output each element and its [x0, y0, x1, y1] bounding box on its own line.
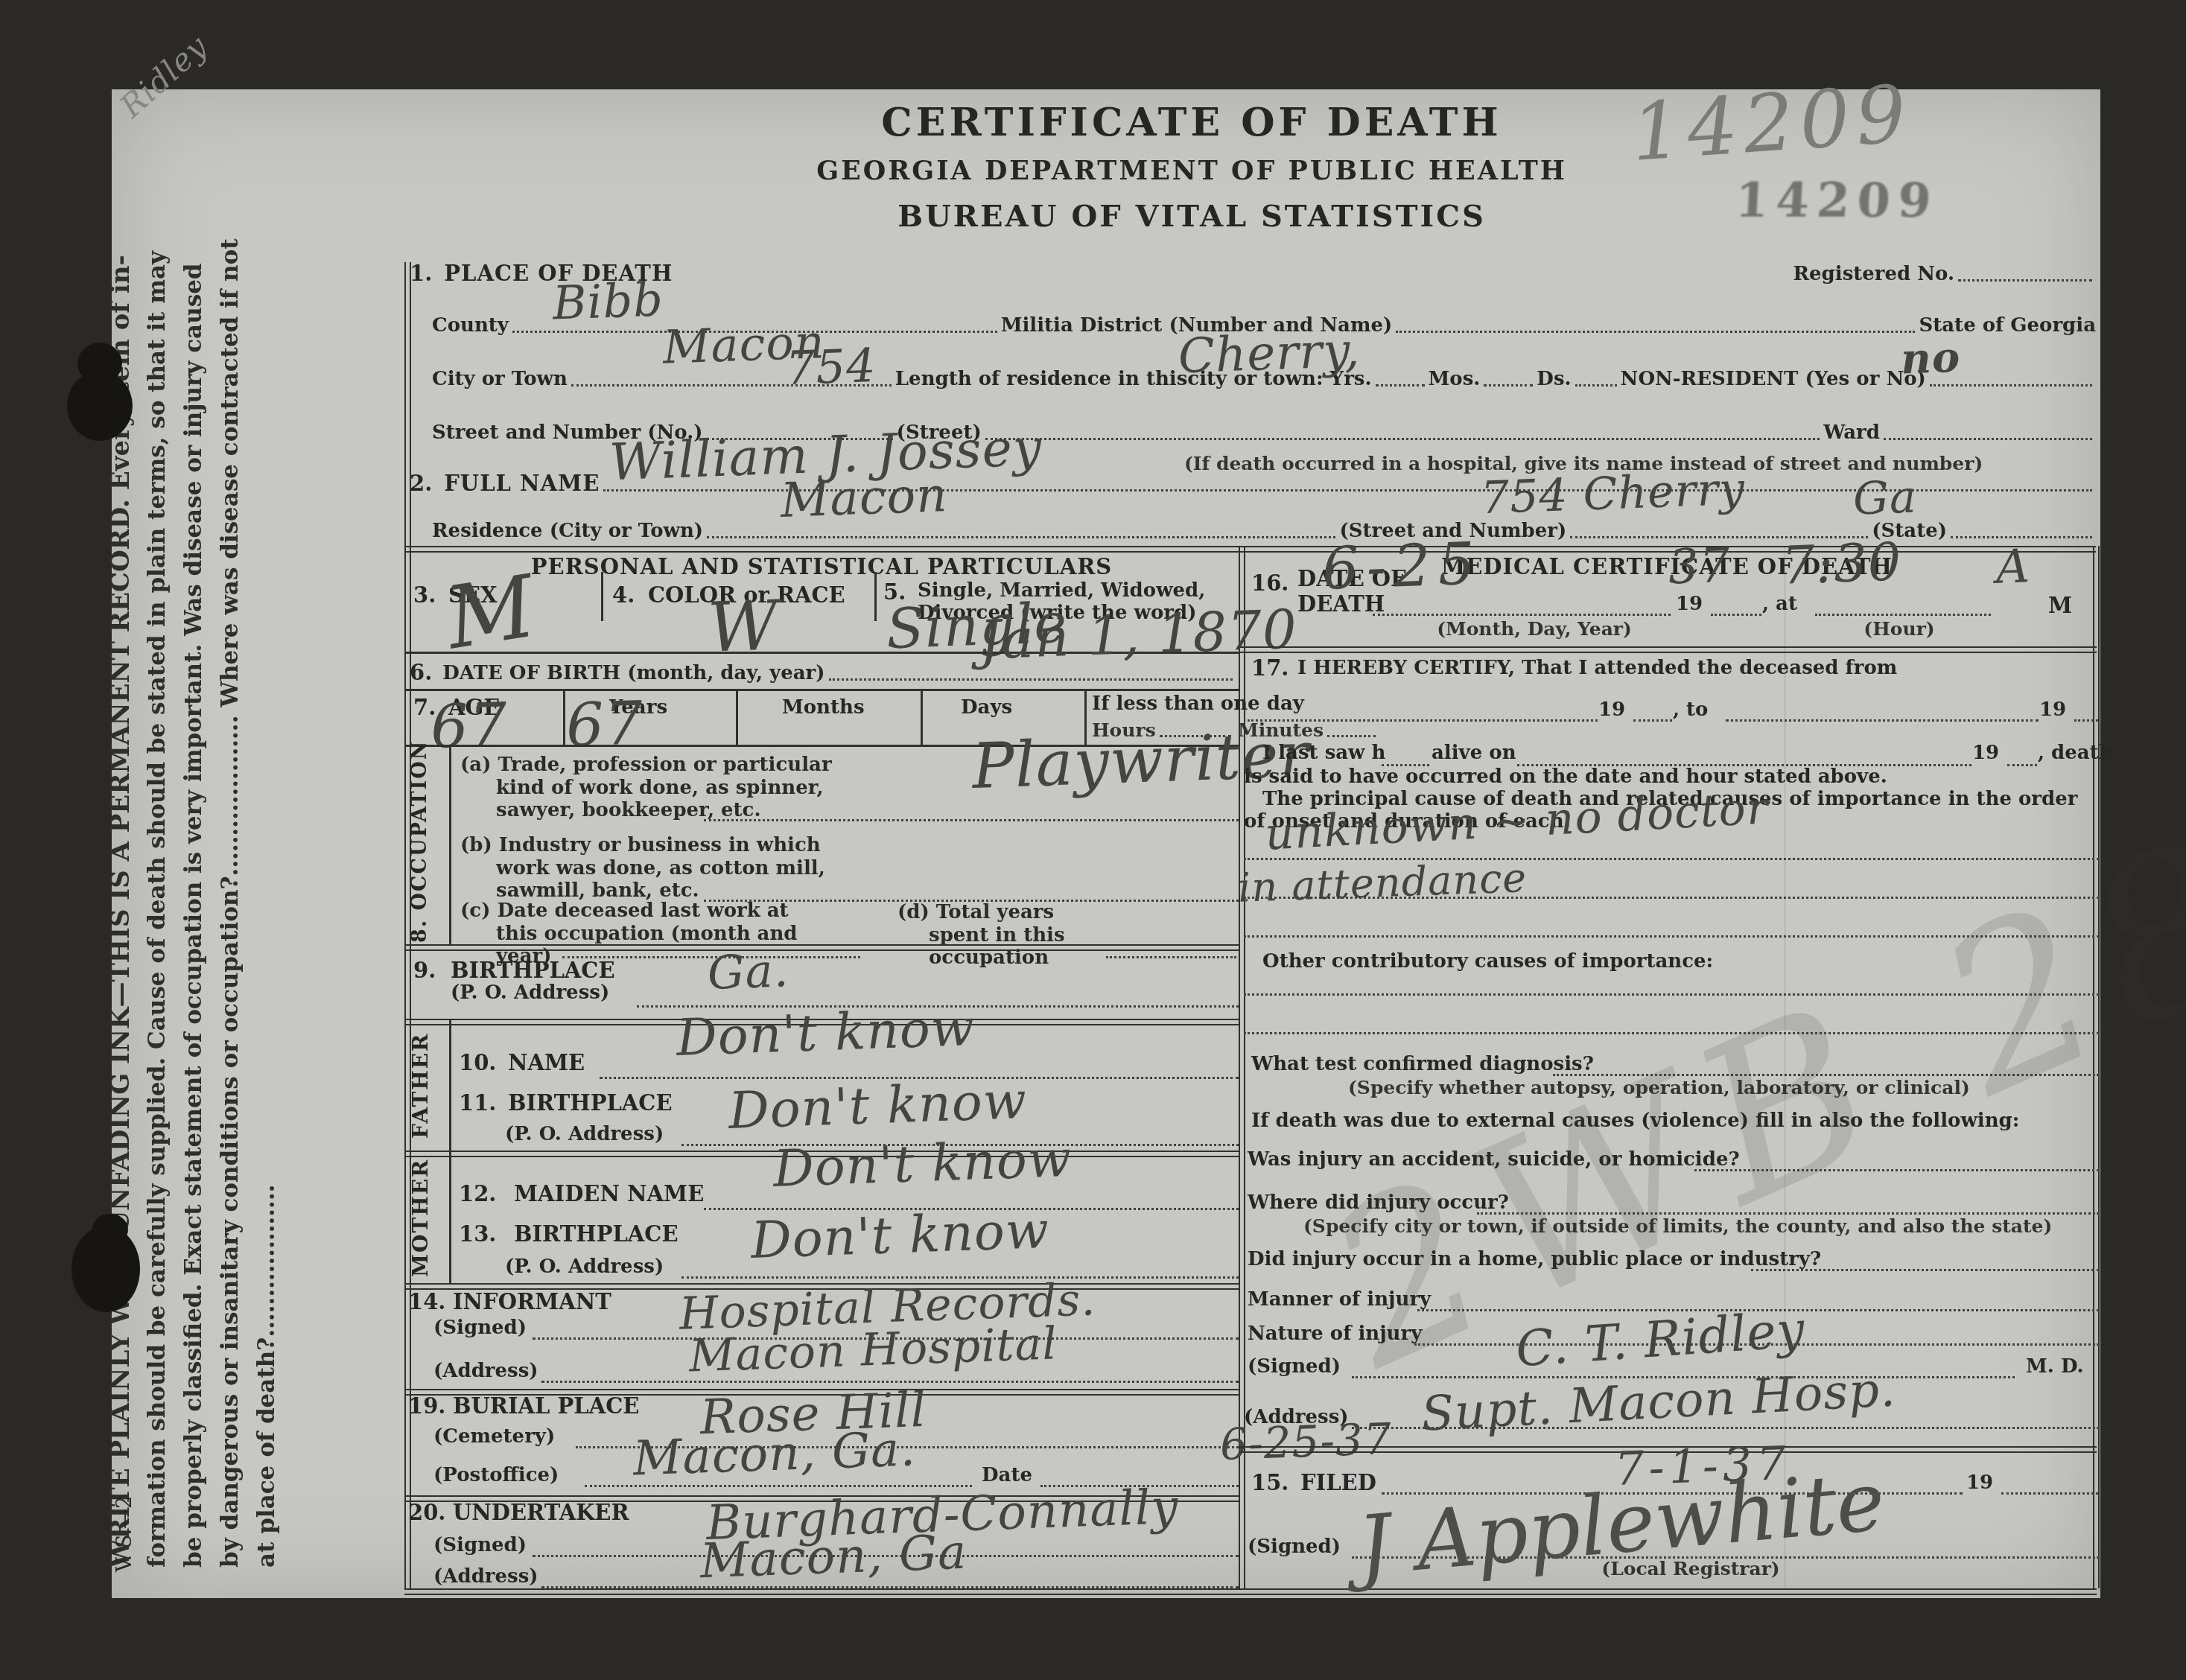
divider — [921, 689, 923, 745]
days-label: Days — [961, 698, 1012, 718]
mother-birthplace-value: Don't know — [750, 1201, 1051, 1270]
mother-birthplace-number: 13. — [459, 1223, 496, 1245]
dotted-line — [1633, 716, 1672, 722]
father-name-value: Don't know — [676, 999, 976, 1068]
undertaker-signed-label: (Signed) — [433, 1536, 527, 1556]
father-birthplace-value: Don't know — [728, 1072, 1029, 1141]
postoffice-value: Macon, Ga. — [632, 1422, 917, 1486]
punch-hole — [67, 371, 133, 441]
dotted-line — [1244, 894, 2099, 899]
street-name-value: Cherry, — [1178, 323, 1362, 384]
dod-sub-label: (Month, Day, Year) — [1423, 620, 1646, 639]
sex-number: 3. — [413, 584, 436, 606]
street-number-value: 754 — [785, 338, 877, 395]
where-injury-sub-label: (Specify city or town, if outside of lim… — [1303, 1217, 2052, 1236]
city-label: City or Town — [432, 369, 568, 389]
manner-of-injury-label: Manner of injury — [1248, 1290, 1431, 1310]
cause-of-death-line2: in attendance — [1237, 854, 1528, 911]
mother-maiden-label: MAIDEN NAME — [514, 1183, 704, 1205]
months-abbrev-label: Mos. — [1429, 369, 1481, 389]
dob-label: DATE OF BIRTH (month, day, year) — [442, 664, 824, 684]
divider — [736, 689, 738, 745]
dotted-line — [541, 1583, 1239, 1588]
undertaker-address-value: Macon, Ga — [699, 1525, 968, 1589]
divider — [404, 689, 1239, 691]
mother-birthplace-label: BIRTHPLACE — [514, 1223, 679, 1245]
undertaker-address-label: (Address) — [433, 1567, 538, 1587]
residence-city-value: Macon — [780, 468, 949, 529]
dotted-line — [1815, 611, 1991, 616]
dotted-line — [1244, 990, 2099, 996]
county-value: Bibb — [552, 272, 664, 330]
dotted-line — [1248, 716, 1598, 722]
father-side-label: FATHER — [408, 1020, 447, 1151]
certificate-number-handwritten: 14209 — [1628, 68, 1915, 179]
residence-state-value: Ga — [1852, 471, 1918, 526]
birthplace-number: 9. — [413, 959, 436, 981]
divider — [449, 1151, 451, 1283]
years-value: 67 — [565, 688, 644, 760]
full-name-label: FULL NAME — [444, 472, 600, 494]
less-than-one-day-label: If less than one day — [1092, 694, 1304, 714]
divider — [449, 745, 451, 944]
dotted-line — [1711, 611, 1761, 616]
dotted-line — [1726, 716, 2039, 722]
mother-po-label: (P. O. Address) — [505, 1257, 664, 1277]
burial-date-label: Date — [982, 1466, 1032, 1486]
occupation-c-line1: (c) Date deceased last work at — [460, 900, 798, 923]
punch-hole — [92, 1214, 128, 1245]
hour-sub-label: (Hour) — [1817, 620, 1981, 639]
dotted-line — [1396, 328, 1915, 333]
color-race-value: W — [706, 585, 780, 667]
father-name-number: 10. — [459, 1051, 496, 1074]
filed-label: FILED — [1300, 1471, 1376, 1494]
registered-no-label: Registered No. — [1793, 264, 1954, 284]
dotted-line — [985, 435, 1820, 440]
dod-number: 16. — [1251, 572, 1289, 594]
occupation-d-label: (d) Total years spent in this occupation — [897, 901, 1065, 970]
undertaker-label: UNDERTAKER — [453, 1501, 629, 1524]
death-certificate-paper: WRITE PLAINLY WITH UNFADING INK—THIS IS … — [112, 89, 2100, 1598]
physician-signed-label: (Signed) — [1248, 1357, 1341, 1377]
birthplace-po-label: (P. O. Address) — [451, 983, 609, 1003]
dotted-line — [1575, 381, 1617, 386]
occupation-d-line2: spent in this — [929, 924, 1065, 947]
dotted-line — [1930, 381, 2092, 386]
dotted-line — [1477, 1209, 2099, 1215]
undertaker-number: 20. — [408, 1501, 445, 1524]
divider — [404, 944, 1239, 951]
burial-number: 19. — [408, 1395, 445, 1417]
informant-number: 14. — [408, 1291, 445, 1313]
dod-time-value: 7:30 — [1781, 531, 1903, 596]
filed-19: 19 — [1966, 1473, 1993, 1493]
ward-label: Ward — [1823, 423, 1880, 443]
dotted-line — [1244, 1029, 2099, 1034]
divider — [404, 1588, 2097, 1595]
divider — [874, 572, 877, 621]
dotted-line — [1884, 435, 2092, 440]
burial-label: BURIAL PLACE — [453, 1395, 639, 1417]
occupation-b-label: (b) Industry or business in which work w… — [460, 834, 825, 903]
dotted-line — [2007, 761, 2037, 766]
birthplace-value: Ga. — [707, 943, 790, 1000]
section-2-number: 2. — [410, 472, 432, 494]
occupation-d-line1: (d) Total years — [897, 901, 1065, 924]
occupation-a-label: (a) Trade, profession or particular kind… — [460, 754, 832, 822]
certify-number: 17. — [1251, 657, 1289, 679]
md-label: M. D. — [2026, 1357, 2084, 1377]
occurred-text: is said to have occurred on the date and… — [1244, 767, 1887, 787]
dotted-line — [1373, 611, 1671, 616]
mother-maiden-value: Don't know — [772, 1130, 1073, 1199]
certify-to-label: , to — [1673, 700, 1708, 720]
dotted-line — [1553, 1071, 2099, 1076]
informant-label: INFORMANT — [453, 1291, 611, 1313]
postoffice-label: (Postoffice) — [433, 1466, 559, 1486]
informant-address-label: (Address) — [433, 1361, 538, 1381]
dod-m-label: M — [2048, 594, 2072, 617]
margin-line: at place of death?................... — [249, 153, 285, 1568]
department-title: GEORGIA DEPARTMENT OF PUBLIC HEALTH — [670, 158, 1713, 185]
dotted-line — [1327, 732, 1376, 737]
dotted-line — [2074, 716, 2098, 722]
where-injury-label: Where did injury occur? — [1248, 1193, 1509, 1213]
mother-side-label: MOTHER — [408, 1152, 447, 1283]
birthplace-label: BIRTHPLACE — [451, 959, 615, 981]
dotted-line — [1106, 953, 1236, 958]
dotted-line — [1694, 1166, 2099, 1171]
margin-instructions: WRITE PLAINLY WITH UNFADING INK—THIS IS … — [103, 153, 285, 1568]
certificate-title: CERTIFICATE OF DEATH — [670, 103, 1713, 144]
dotted-line — [1376, 381, 1425, 386]
filed-number: 15. — [1251, 1471, 1289, 1494]
form-code: V. S.—2 — [113, 1474, 136, 1594]
residence-label: Residence (City or Town) — [432, 521, 703, 541]
divider — [601, 572, 603, 621]
physician-address-label: (Address) — [1244, 1407, 1349, 1428]
certify-19a: 19 — [1598, 700, 1625, 720]
dod-at-label: , at — [1762, 594, 1797, 614]
occupation-side-label: 8. OCCUPATION — [408, 746, 447, 943]
dotted-line — [707, 533, 1335, 538]
father-name-label: NAME — [508, 1051, 585, 1074]
section-1-number: 1. — [410, 262, 432, 284]
cemetery-label: (Cemetery) — [433, 1427, 555, 1447]
occupation-c-line2: this occupation (month and — [496, 923, 798, 946]
divider — [1239, 646, 2097, 653]
registrar-signed-label: (Signed) — [1248, 1537, 1341, 1557]
occupation-value: Playwriter — [970, 718, 1311, 803]
dod-year-value: 37 — [1668, 538, 1732, 596]
margin-line: be properly classified. Exact statement … — [176, 153, 212, 1568]
certify-text: I HEREBY CERTIFY, That I attended the de… — [1297, 658, 1897, 678]
father-po-label: (P. O. Address) — [505, 1124, 664, 1145]
occupation-b-line1: (b) Industry or business in which — [460, 834, 825, 857]
dotted-line — [541, 1378, 1239, 1383]
days-abbrev-label: Ds. — [1537, 369, 1571, 389]
fold-crease — [1784, 546, 1786, 1588]
last-saw-label: I last saw h — [1262, 743, 1385, 763]
county-label: County — [432, 316, 509, 336]
physician-signature: C. T. Ridley — [1514, 1301, 1807, 1378]
dod-19-prefix: 19 — [1676, 594, 1703, 614]
divider — [449, 1019, 451, 1151]
external-causes-label: If death was due to external causes (vio… — [1251, 1111, 2019, 1131]
scanned-death-certificate: WRITE PLAINLY WITH UNFADING INK—THIS IS … — [0, 0, 2186, 1680]
margin-line: formation should be carefully supplied. … — [139, 153, 176, 1568]
mother-name-number: 12. — [459, 1183, 496, 1205]
residence-street-value: 754 Cherry — [1480, 463, 1746, 524]
nonresident-label: NON-RESIDENT (Yes or No) — [1621, 369, 1926, 389]
dod-ampm-value: A — [1995, 538, 2031, 594]
dotted-line — [1958, 276, 2092, 281]
dob-value: Jan 1, 1870 — [979, 598, 1299, 672]
nonresident-value: no — [1900, 333, 1961, 384]
death-word-label: , death — [2038, 743, 2113, 763]
alive-on-label: alive on — [1432, 743, 1516, 763]
dob-number: 6. — [410, 661, 432, 684]
months-label: Months — [782, 698, 865, 718]
dod-value: 6-25 — [1321, 530, 1483, 602]
test-sub-label: (Specify whether autopsy, operation, lab… — [1348, 1078, 1970, 1098]
contributory-label: Other contributory causes of importance: — [1262, 952, 1713, 972]
father-birthplace-label: BIRTHPLACE — [508, 1092, 673, 1114]
nature-of-injury-label: Nature of injury — [1248, 1324, 1422, 1344]
certify-19b: 19 — [2039, 700, 2066, 720]
bureau-title: BUREAU OF VITAL STATISTICS — [670, 201, 1713, 232]
test-label: What test confirmed diagnosis? — [1251, 1054, 1594, 1075]
dotted-line — [829, 675, 1233, 681]
last-saw-19: 19 — [1972, 743, 1999, 763]
occupation-b-line2: work was done, as cotton mill, — [496, 857, 825, 880]
father-birthplace-number: 11. — [459, 1092, 496, 1114]
home-injury-label: Did injury occur in a home, public place… — [1248, 1250, 1821, 1270]
dotted-line — [1751, 1266, 2099, 1271]
occupation-a-line1: (a) Trade, profession or particular — [460, 754, 832, 777]
margin-line: by dangerous or insanitary conditions or… — [212, 153, 249, 1568]
certificate-number-stamp: 14209 — [1734, 173, 1940, 229]
color-number: 4. — [612, 584, 635, 606]
dotted-line — [1484, 381, 1533, 386]
informant-signed-label: (Signed) — [433, 1318, 527, 1338]
dotted-line — [704, 816, 1239, 821]
occupation-a-line2: kind of work done, as spinner, — [496, 777, 832, 800]
dotted-line — [1244, 932, 2099, 938]
dotted-line — [1951, 533, 2092, 538]
dotted-line — [2001, 1489, 2098, 1495]
divider — [2093, 546, 2100, 1588]
accident-label: Was injury an accident, suicide, or homi… — [1248, 1150, 1740, 1170]
